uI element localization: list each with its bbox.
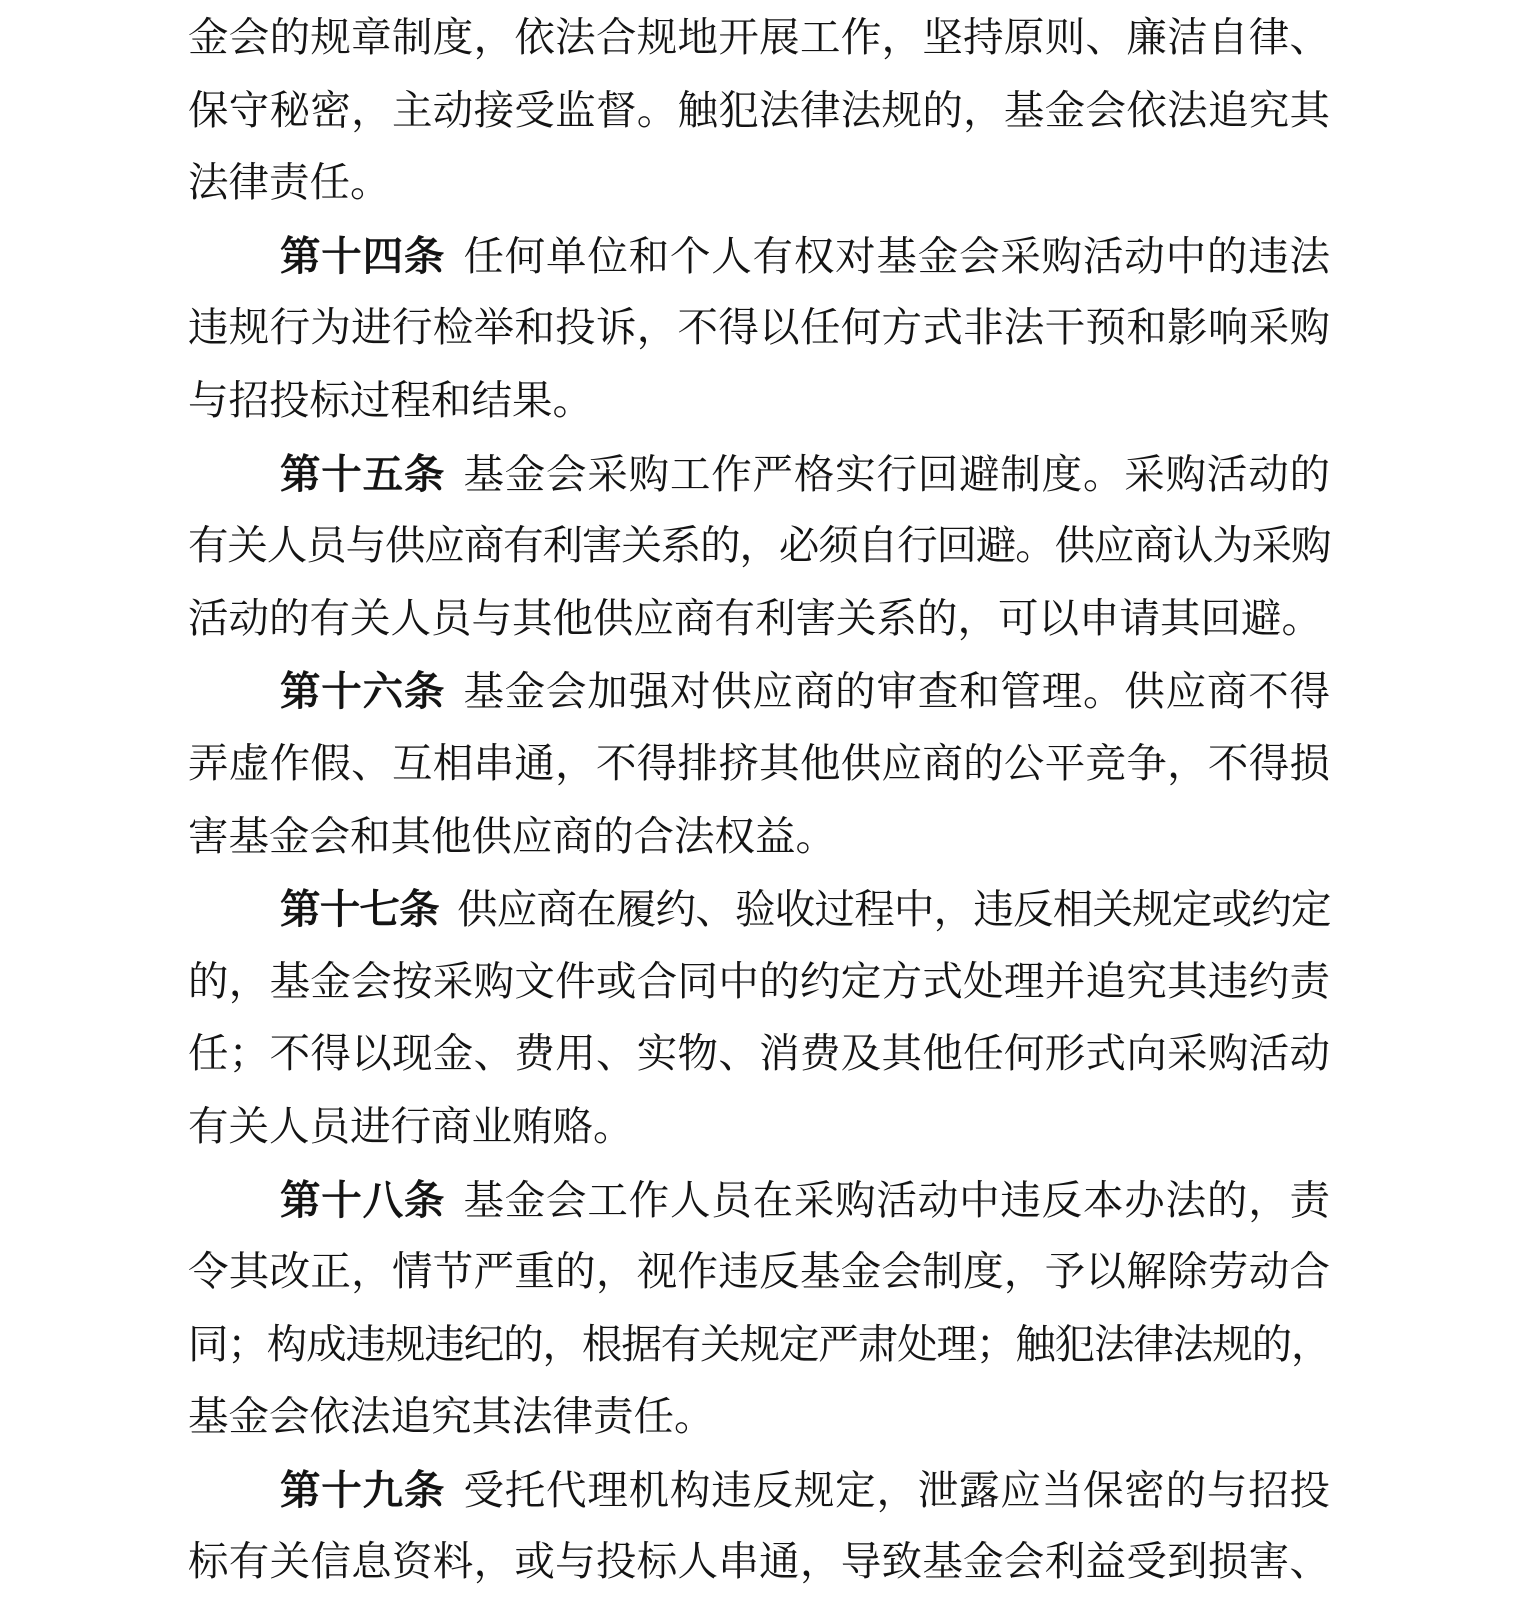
paragraph-line: 第十四条任何单位和个人有权对基金会采购活动中的违法 xyxy=(188,220,1330,293)
paragraph-line: 标有关信息资料，或与投标人串通，导致基金会利益受到损害、 xyxy=(188,1526,1330,1599)
paragraph-line: 与招投标过程和结果。 xyxy=(188,365,1330,438)
paragraph-line: 基金会依法追究其法律责任。 xyxy=(188,1381,1330,1454)
line-text: 基金会加强对供应商的审查和管理。供应商不得 xyxy=(463,669,1330,714)
paragraph-line: 弄虚作假、互相串通，不得排挤其他供应商的公平竞争，不得损 xyxy=(188,728,1330,801)
paragraph-line: 法律责任。 xyxy=(188,147,1330,220)
paragraph-line: 的，基金会按采购文件或合同中的约定方式处理并追究其违约责 xyxy=(188,946,1330,1019)
paragraph-line: 第十六条基金会加强对供应商的审查和管理。供应商不得 xyxy=(188,655,1330,728)
paragraph-line: 同；构成违规违纪的，根据有关规定严肃处理；触犯法律法规的， xyxy=(188,1309,1330,1382)
line-text: 任何单位和个人有权对基金会采购活动中的违法 xyxy=(463,234,1330,279)
paragraph-line: 第十九条受托代理机构违反规定，泄露应当保密的与招投 xyxy=(188,1454,1330,1527)
paragraph-line: 任；不得以现金、费用、实物、消费及其他任何形式向采购活动 xyxy=(188,1018,1330,1091)
paragraph-line: 违规行为进行检举和投诉，不得以任何方式非法干预和影响采购 xyxy=(188,292,1330,365)
paragraph-line: 第十八条基金会工作人员在采购活动中违反本办法的，责 xyxy=(188,1164,1330,1237)
article-number: 第十七条 xyxy=(280,886,439,932)
document-page: 金会的规章制度，依法合规地开展工作，坚持原则、廉洁自律、 保守秘密，主动接受监督… xyxy=(0,0,1517,1600)
article-number: 第十六条 xyxy=(280,668,445,714)
paragraph-line: 活动的有关人员与其他供应商有利害关系的，可以申请其回避。 xyxy=(188,583,1330,656)
line-text: 基金会工作人员在采购活动中违反本办法的，责 xyxy=(463,1178,1330,1223)
article-number: 第十八条 xyxy=(280,1177,445,1223)
paragraph-line: 第十五条基金会采购工作严格实行回避制度。采购活动的 xyxy=(188,438,1330,511)
paragraph-line: 第十七条供应商在履约、验收过程中，违反相关规定或约定 xyxy=(188,873,1330,946)
paragraph-line: 害基金会和其他供应商的合法权益。 xyxy=(188,801,1330,874)
line-text: 基金会采购工作严格实行回避制度。采购活动的 xyxy=(463,452,1330,497)
line-text: 供应商在履约、验收过程中，违反相关规定或约定 xyxy=(457,887,1330,932)
paragraph-line: 金会的规章制度，依法合规地开展工作，坚持原则、廉洁自律、 xyxy=(188,2,1330,75)
paragraph-line: 有关人员进行商业贿赂。 xyxy=(188,1091,1330,1164)
paragraph-line: 保守秘密，主动接受监督。触犯法律法规的，基金会依法追究其 xyxy=(188,75,1330,148)
paragraph-line: 令其改正，情节严重的，视作违反基金会制度，予以解除劳动合 xyxy=(188,1236,1330,1309)
article-number: 第十五条 xyxy=(280,451,445,497)
article-number: 第十九条 xyxy=(280,1467,445,1513)
line-text: 受托代理机构违反规定，泄露应当保密的与招投 xyxy=(463,1468,1330,1513)
article-number: 第十四条 xyxy=(280,233,445,279)
paragraph-line: 有关人员与供应商有利害关系的，必须自行回避。供应商认为采购 xyxy=(188,510,1330,583)
